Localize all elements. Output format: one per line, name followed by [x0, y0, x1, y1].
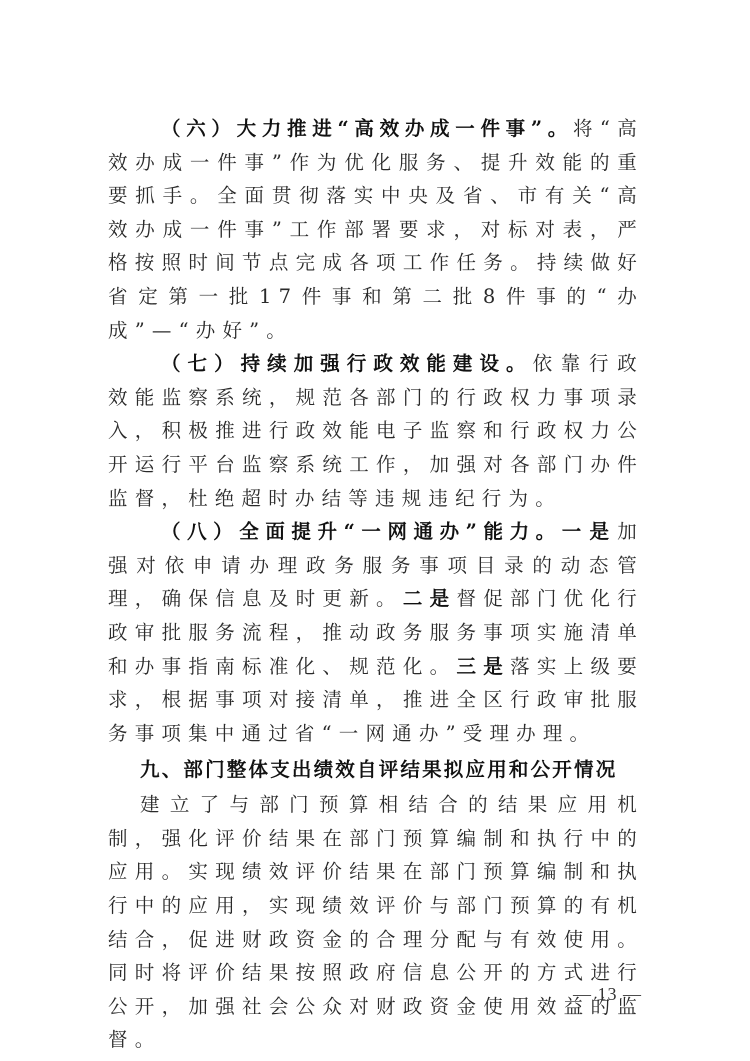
paragraph-seven-lead: （七）持续加强行政效能建设。: [161, 352, 533, 375]
paragraph-six: （六）大力推进“高效办成一件事”。将“高效办成一件事”作为优化服务、提升效能的重…: [108, 112, 644, 347]
paragraph-six-lead: （六）大力推进“高效办成一件事”。: [161, 117, 573, 140]
body-text: （六）大力推进“高效办成一件事”。将“高效办成一件事”作为优化服务、提升效能的重…: [108, 112, 644, 1057]
paragraph-eight-lead: （八）全面提升“一网通办”能力。: [161, 520, 562, 543]
paragraph-seven-text: 依靠行政效能监察系统，规范各部门的行政权力事项录入，积极推进行政效能电子监察和行…: [108, 352, 644, 509]
point-one-label: 一是: [562, 520, 618, 543]
point-three-label: 三是: [456, 655, 510, 678]
paragraph-six-text: 将“高效办成一件事”作为优化服务、提升效能的重要抓手。全面贯彻落实中央及省、市有…: [108, 117, 644, 342]
section-heading: 九、部门整体支出绩效自评结果拟应用和公开情况: [108, 752, 644, 788]
page-number: — 13 —: [573, 984, 642, 1005]
paragraph-eight: （八）全面提升“一网通办”能力。一是加强对依申请办理政务服务事项目录的动态管理，…: [108, 515, 644, 750]
paragraph-seven: （七）持续加强行政效能建设。依靠行政效能监察系统，规范各部门的行政权力事项录入，…: [108, 347, 644, 515]
point-two-label: 二是: [403, 587, 457, 610]
section-paragraph: 建立了与部门预算相结合的结果应用机制，强化评价结果在部门预算编制和执行中的应用。…: [108, 788, 644, 1057]
document-page: （六）大力推进“高效办成一件事”。将“高效办成一件事”作为优化服务、提升效能的重…: [0, 0, 750, 1061]
